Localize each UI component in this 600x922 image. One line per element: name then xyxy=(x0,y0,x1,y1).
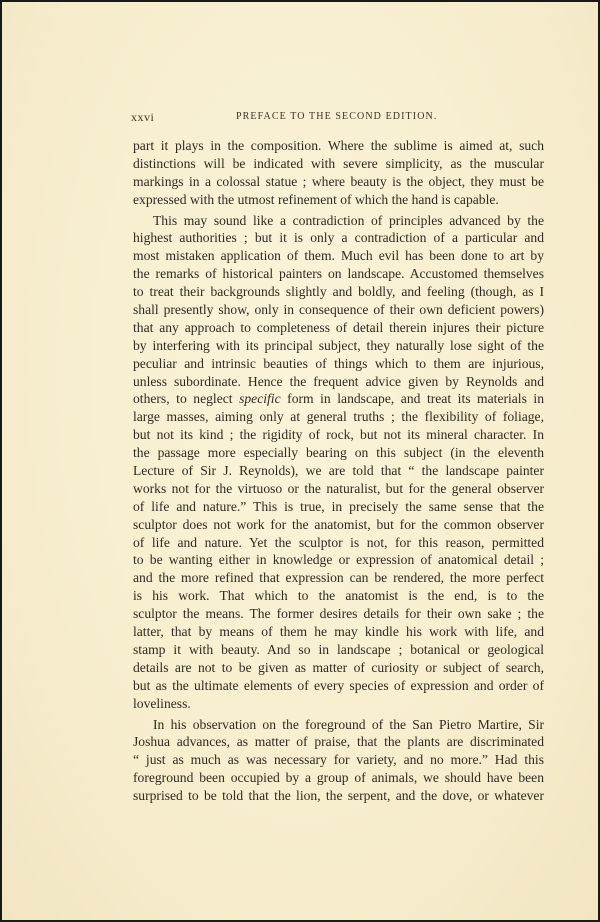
text-line: and the more refined that expression can… xyxy=(133,569,544,587)
text-line: that any approach to completeness of det… xyxy=(133,319,544,337)
paragraph-3: In his observation on the foreground of … xyxy=(133,716,544,805)
text-line: highest authorities ; but it is only a c… xyxy=(133,229,544,247)
text-line: but as the ultimate elements of every sp… xyxy=(133,677,544,695)
running-head: xxvi PREFACE TO THE SECOND EDITION. xyxy=(131,110,545,128)
book-page: xxvi PREFACE TO THE SECOND EDITION. part… xyxy=(2,2,598,920)
text-run: others, to neglect xyxy=(133,391,239,406)
text-line: by interfering with its principal subjec… xyxy=(133,337,544,355)
italic-word: specific xyxy=(239,391,281,406)
text-line: sculptor the means. The former desires d… xyxy=(133,605,544,623)
text-line: “ just as much as was necessary for vari… xyxy=(133,751,544,769)
text-line: is his work. That which to the anatomist… xyxy=(133,587,544,605)
text-line: shall presently show, only in consequenc… xyxy=(133,301,544,319)
text-run: form in landscape, and treat its materia… xyxy=(281,391,544,406)
text-line: distinctions will be indicated with seve… xyxy=(133,155,544,173)
paragraph-2: This may sound like a contradiction of p… xyxy=(133,212,544,713)
text-line: part it plays in the composition. Where … xyxy=(133,137,544,155)
text-line: latter, that by means of them he may kin… xyxy=(133,623,544,641)
text-line-with-italic: others, to neglect specific form in land… xyxy=(133,390,544,408)
text-line: to be wanting either in knowledge or exp… xyxy=(133,551,544,569)
text-line: This may sound like a contradiction of p… xyxy=(133,212,544,230)
text-line: Lecture of Sir J. Reynolds), we are told… xyxy=(133,462,544,480)
text-line: surprised to be told that the lion, the … xyxy=(133,787,544,805)
text-line: large masses, aiming only at general tru… xyxy=(133,408,544,426)
text-line: markings in a colossal statue ; where be… xyxy=(133,173,544,191)
text-line: In his observation on the foreground of … xyxy=(133,716,544,734)
text-line: expressed with the utmost refinement of … xyxy=(133,191,544,209)
text-line: loveliness. xyxy=(133,695,544,713)
text-line: most mistaken application of them. Much … xyxy=(133,247,544,265)
text-line: to treat their backgrounds slightly and … xyxy=(133,283,544,301)
paragraph-1: part it plays in the composition. Where … xyxy=(133,137,544,209)
page-number: xxvi xyxy=(131,110,154,125)
text-line: stamp it with beauty. And so in landscap… xyxy=(133,641,544,659)
text-line: sculptor does not work for the anatomist… xyxy=(133,516,544,534)
text-line: details are not to be given as matter of… xyxy=(133,659,544,677)
text-line: works not for the virtuoso or the natura… xyxy=(133,480,544,498)
text-line: the passage more especially bearing on t… xyxy=(133,444,544,462)
text-line: peculiar and intrinsic beauties of thing… xyxy=(133,355,544,373)
text-line: Joshua advances, as matter of praise, th… xyxy=(133,733,544,751)
text-line: unless subordinate. Hence the frequent a… xyxy=(133,373,544,391)
text-line: of life and nature.” This is true, in pr… xyxy=(133,498,544,516)
running-head-title: PREFACE TO THE SECOND EDITION. xyxy=(236,111,437,122)
body-text: part it plays in the composition. Where … xyxy=(133,137,544,805)
text-line: but not its kind ; the rigidity of rock,… xyxy=(133,426,544,444)
text-line: the remarks of historical painters on la… xyxy=(133,265,544,283)
text-line: foreground been occupied by a group of a… xyxy=(133,769,544,787)
text-line: of life and nature. Yet the sculptor is … xyxy=(133,534,544,552)
